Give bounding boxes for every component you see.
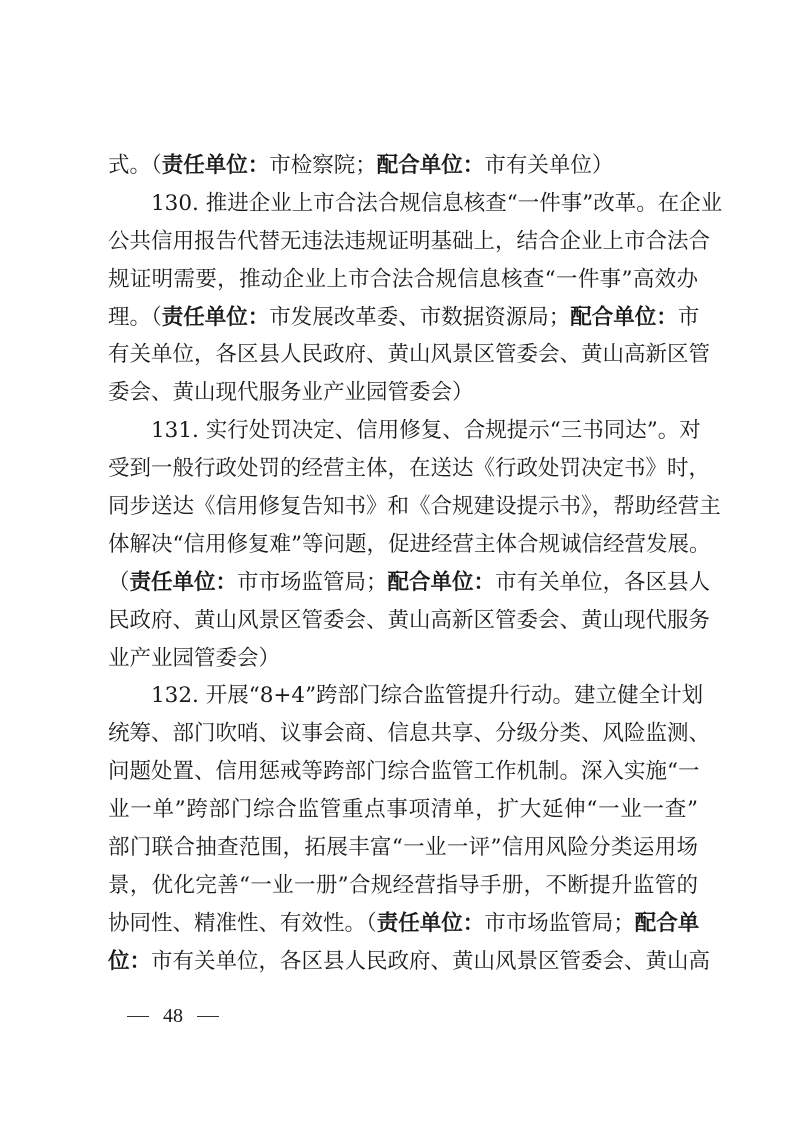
text-run: 协同性、精准性、有效性。（ — [108, 911, 377, 936]
text-run: 同步送达《信用修复告知书》和《合规建设提示书》，帮助经营主 — [108, 494, 721, 519]
text-run: 市检察院； — [269, 153, 377, 178]
paragraph-first-line: 130. 推进企业上市合法合规信息核查“一件事”改革。在企业 — [108, 185, 698, 223]
document-body: 式。（责任单位：市检察院；配合单位：市有关单位）130. 推进企业上市合法合规信… — [108, 147, 698, 981]
text-line: 景，优化完善“一业一册”合规经营指导手册，不断提升监管的 — [108, 867, 698, 905]
text-run: 民政府、黄山风景区管委会、黄山高新区管委会、黄山现代服务 — [108, 608, 710, 633]
bold-label: 责任单位： — [130, 570, 238, 595]
text-run: 业产业园管委会） — [108, 646, 280, 671]
text-line: 理。（责任单位：市发展改革委、市数据资源局；配合单位：市 — [108, 299, 698, 337]
text-run: 131. 实行处罚决定、信用修复、合规提示“三书同达”。对 — [151, 418, 701, 443]
text-run: 市市场监管局； — [237, 570, 388, 595]
text-run: 受到一般行政处罚的经营主体，在送达《行政处罚决定书》时， — [108, 456, 710, 481]
text-line: 业一单”跨部门综合监管重点事项清单，扩大延伸“一业一查” — [108, 791, 698, 829]
text-line: （责任单位：市市场监管局；配合单位：市有关单位，各区县人 — [108, 564, 698, 602]
text-line: 民政府、黄山风景区管委会、黄山高新区管委会、黄山现代服务 — [108, 602, 698, 640]
bold-label: 配合单位： — [377, 153, 485, 178]
text-run: （ — [108, 570, 130, 595]
text-run: 市有关单位，各区县人 — [495, 570, 710, 595]
text-line: 规证明需要，推动企业上市合法合规信息核查“一件事”高效办 — [108, 261, 698, 299]
footer-dash-left — [127, 1016, 149, 1017]
text-line: 委会、黄山现代服务业产业园管委会） — [108, 374, 698, 412]
text-run: 委会、黄山现代服务业产业园管委会） — [108, 380, 474, 405]
text-line: 部门联合抽查范围，拓展丰富“一业一评”信用风险分类运用场 — [108, 829, 698, 867]
bold-label: 责任单位： — [162, 305, 270, 330]
text-run: 市市场监管局； — [484, 911, 635, 936]
text-line: 位：市有关单位，各区县人民政府、黄山风景区管委会、黄山高 — [108, 943, 698, 981]
page-footer: 48 — [127, 1005, 219, 1028]
text-run: 问题处置、信用惩戒等跨部门综合监管工作机制。深入实施“一 — [108, 759, 700, 784]
page-number: 48 — [163, 1005, 183, 1028]
text-line: 受到一般行政处罚的经营主体，在送达《行政处罚决定书》时， — [108, 450, 698, 488]
text-line: 有关单位，各区县人民政府、黄山风景区管委会、黄山高新区管 — [108, 336, 698, 374]
text-line: 统筹、部门吹哨、议事会商、信息共享、分级分类、风险监测、 — [108, 715, 698, 753]
bold-label: 配合单位： — [570, 305, 678, 330]
bold-label: 责任单位： — [162, 153, 270, 178]
text-run: 130. 推进企业上市合法合规信息核查“一件事”改革。在企业 — [151, 191, 722, 216]
text-line: 体解决“信用修复难”等问题，促进经营主体合规诚信经营发展。 — [108, 526, 698, 564]
text-run: 规证明需要，推动企业上市合法合规信息核查“一件事”高效办 — [108, 267, 698, 292]
text-line: 问题处置、信用惩戒等跨部门综合监管工作机制。深入实施“一 — [108, 753, 698, 791]
text-run: 部门联合抽查范围，拓展丰富“一业一评”信用风险分类运用场 — [108, 835, 698, 860]
text-run: 市 — [678, 305, 700, 330]
bold-label: 位： — [108, 949, 151, 974]
text-line: 公共信用报告代替无违法违规证明基础上，结合企业上市合法合 — [108, 223, 698, 261]
text-run: 业一单”跨部门综合监管重点事项清单，扩大延伸“一业一查” — [108, 797, 698, 822]
text-run: 有关单位，各区县人民政府、黄山风景区管委会、黄山高新区管 — [108, 342, 710, 367]
text-run: 市有关单位） — [484, 153, 613, 178]
text-line: 式。（责任单位：市检察院；配合单位：市有关单位） — [108, 147, 698, 185]
paragraph-first-line: 131. 实行处罚决定、信用修复、合规提示“三书同达”。对 — [108, 412, 698, 450]
bold-label: 配合单 — [635, 911, 700, 936]
text-run: 理。（ — [108, 305, 162, 330]
text-run: 景，优化完善“一业一册”合规经营指导手册，不断提升监管的 — [108, 873, 698, 898]
bold-label: 责任单位： — [377, 911, 485, 936]
text-line: 业产业园管委会） — [108, 640, 698, 678]
paragraph-first-line: 132. 开展“8+4”跨部门综合监管提升行动。建立健全计划 — [108, 677, 698, 715]
text-line: 协同性、精准性、有效性。（责任单位：市市场监管局；配合单 — [108, 905, 698, 943]
text-run: 体解决“信用修复难”等问题，促进经营主体合规诚信经营发展。 — [108, 532, 711, 557]
text-line: 同步送达《信用修复告知书》和《合规建设提示书》，帮助经营主 — [108, 488, 698, 526]
text-run: 式。（ — [108, 153, 162, 178]
text-run: 市有关单位，各区县人民政府、黄山风景区管委会、黄山高 — [151, 949, 710, 974]
text-run: 统筹、部门吹哨、议事会商、信息共享、分级分类、风险监测、 — [108, 721, 710, 746]
bold-label: 配合单位： — [388, 570, 496, 595]
text-run: 公共信用报告代替无违法违规证明基础上，结合企业上市合法合 — [108, 229, 710, 254]
footer-dash-right — [197, 1016, 219, 1017]
text-run: 132. 开展“8+4”跨部门综合监管提升行动。建立健全计划 — [151, 683, 703, 708]
text-run: 市发展改革委、市数据资源局； — [269, 305, 570, 330]
